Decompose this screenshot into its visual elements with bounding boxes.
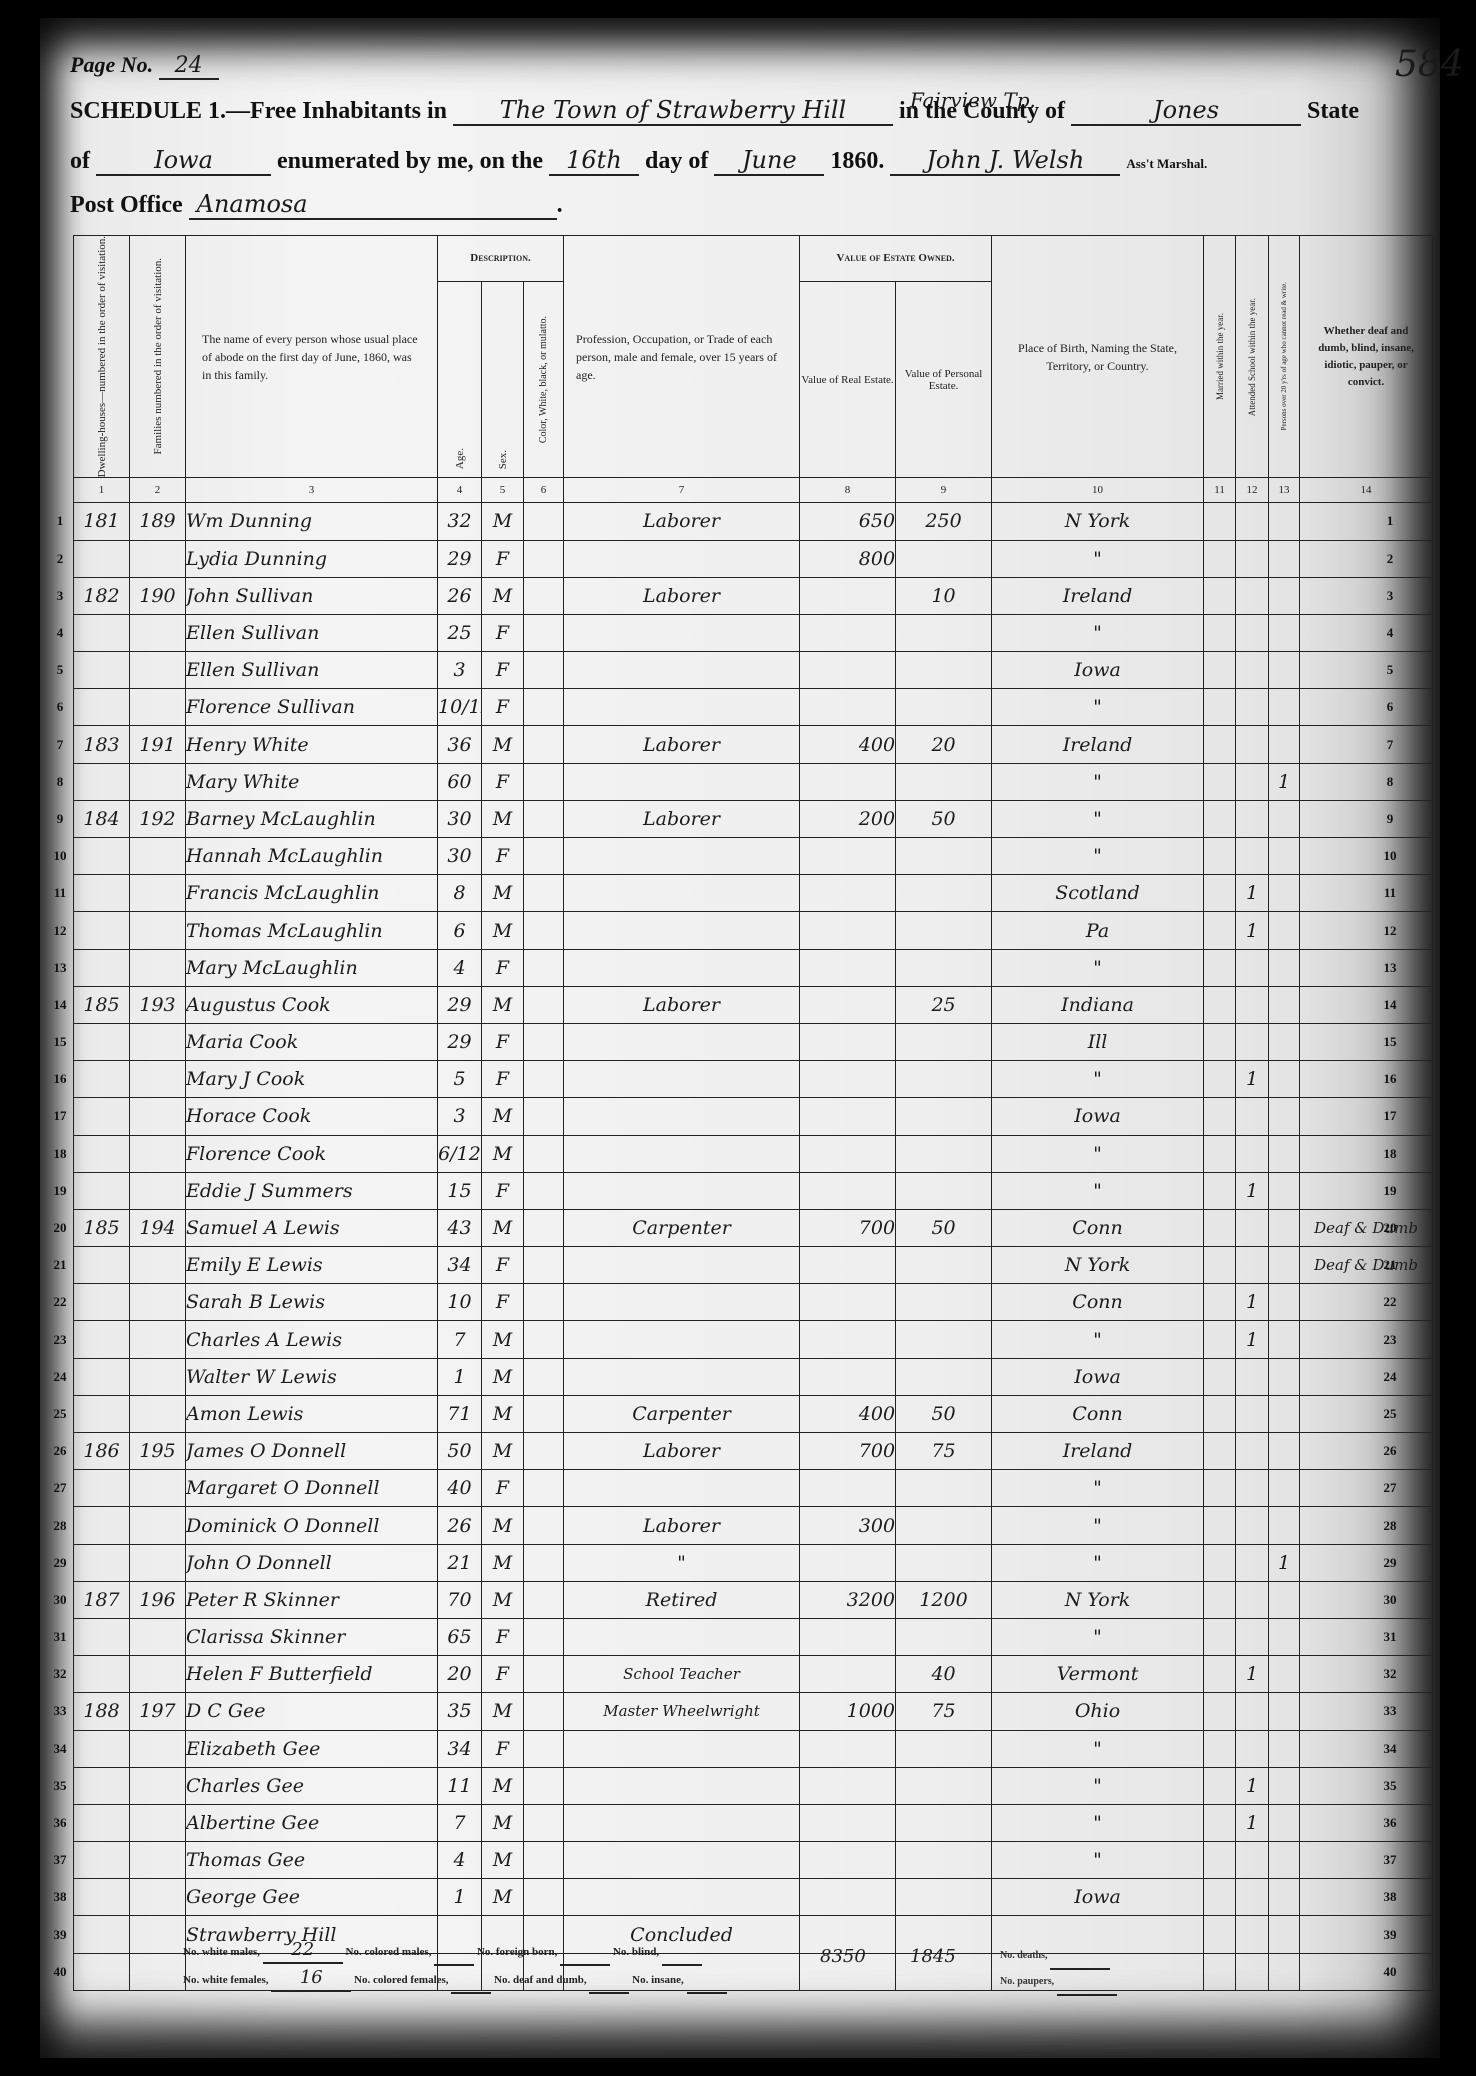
person-name: Helen F Butterfield — [186, 1656, 438, 1693]
married-mark — [1204, 1209, 1236, 1246]
birthplace: Vermont — [992, 1656, 1204, 1693]
left-line-number: 8 — [48, 774, 72, 790]
left-line-number: 16 — [48, 1071, 72, 1087]
sex: M — [482, 1804, 524, 1841]
birthplace: Pa — [992, 912, 1204, 949]
occupation — [564, 1321, 800, 1358]
person-name: Ellen Sullivan — [186, 652, 438, 689]
table-row: Emily E Lewis34FN YorkDeaf & Dumb — [74, 1247, 1433, 1284]
color — [524, 838, 564, 875]
condition — [1300, 1284, 1433, 1321]
married-mark — [1204, 1804, 1236, 1841]
occupation — [564, 1135, 800, 1172]
illiterate-mark — [1269, 652, 1300, 689]
dwelling-number — [74, 1507, 130, 1544]
real-estate-value — [800, 1767, 896, 1804]
condition — [1300, 1433, 1433, 1470]
personal-estate-value — [896, 1098, 992, 1135]
illiterate-mark — [1269, 912, 1300, 949]
condition — [1300, 689, 1433, 726]
dwelling-number: 185 — [74, 1209, 130, 1246]
illiterate-mark — [1269, 1693, 1300, 1730]
condition — [1300, 763, 1433, 800]
age: 50 — [438, 1433, 482, 1470]
school-mark — [1236, 1693, 1269, 1730]
occupation — [564, 1247, 800, 1284]
family-number — [130, 1172, 186, 1209]
real-estate-value — [800, 1470, 896, 1507]
color — [524, 1321, 564, 1358]
family-number — [130, 1953, 186, 1990]
age: 70 — [438, 1581, 482, 1618]
birthplace: Iowa — [992, 652, 1204, 689]
birthplace: " — [992, 1061, 1204, 1098]
personal-estate-value — [896, 1618, 992, 1655]
sex: M — [482, 1507, 524, 1544]
married-mark — [1204, 1284, 1236, 1321]
school-mark — [1236, 838, 1269, 875]
birthplace: Ohio — [992, 1693, 1204, 1730]
real-estate-value — [800, 1284, 896, 1321]
dwelling-number — [74, 1470, 130, 1507]
dwelling-number — [74, 1247, 130, 1284]
sex: M — [482, 1358, 524, 1395]
sex: M — [482, 1098, 524, 1135]
page-number: Page No. 24 — [70, 52, 219, 80]
age: 29 — [438, 986, 482, 1023]
table-row: Hannah McLaughlin30F" — [74, 838, 1433, 875]
dwelling-number — [74, 614, 130, 651]
table-row: Dominick O Donnell26MLaborer300" — [74, 1507, 1433, 1544]
real-estate-value — [800, 912, 896, 949]
birthplace: Conn — [992, 1395, 1204, 1432]
illiterate-mark — [1269, 689, 1300, 726]
school-mark — [1236, 1247, 1269, 1284]
school-mark — [1236, 1023, 1269, 1060]
personal-estate-value: 10 — [896, 577, 992, 614]
table-row: Lydia Dunning29F800" — [74, 540, 1433, 577]
color — [524, 1693, 564, 1730]
table-row: Florence Sullivan10/12F" — [74, 689, 1433, 726]
col-real-estate-header: Value of Real Estate. — [800, 281, 896, 477]
table-row: 186195James O Donnell50MLaborer70075Irel… — [74, 1433, 1433, 1470]
personal-estate-value — [896, 1804, 992, 1841]
color — [524, 1247, 564, 1284]
person-name: Clarissa Skinner — [186, 1618, 438, 1655]
sex: F — [482, 1023, 524, 1060]
birthplace: Ireland — [992, 726, 1204, 763]
sex: F — [482, 763, 524, 800]
table-row: Francis McLaughlin8MScotland1 — [74, 875, 1433, 912]
school-mark — [1236, 1135, 1269, 1172]
summary-right-block: No. deaths, No. paupers, — [1000, 1944, 1117, 1996]
school-mark — [1236, 1544, 1269, 1581]
table-row: Thomas McLaughlin6MPa1 — [74, 912, 1433, 949]
age: 7 — [438, 1804, 482, 1841]
right-line-number: 23 — [1370, 1332, 1410, 1348]
birthplace: Iowa — [992, 1358, 1204, 1395]
color — [524, 1172, 564, 1209]
right-line-number: 10 — [1370, 848, 1410, 864]
dwelling-number — [74, 1953, 130, 1990]
age: 6/12 — [438, 1135, 482, 1172]
year-value: 1860. — [830, 148, 884, 174]
condition — [1300, 912, 1433, 949]
condition — [1300, 1767, 1433, 1804]
person-name: Florence Cook — [186, 1135, 438, 1172]
personal-estate-value — [896, 1023, 992, 1060]
condition — [1300, 614, 1433, 651]
left-line-number: 29 — [48, 1555, 72, 1571]
occupation — [564, 540, 800, 577]
color — [524, 1879, 564, 1916]
right-line-number: 17 — [1370, 1108, 1410, 1124]
birthplace: Iowa — [992, 1098, 1204, 1135]
occupation — [564, 1767, 800, 1804]
school-mark: 1 — [1236, 1284, 1269, 1321]
color — [524, 577, 564, 614]
school-mark: 1 — [1236, 1061, 1269, 1098]
illiterate-mark — [1269, 1767, 1300, 1804]
school-mark — [1236, 577, 1269, 614]
person-name: Albertine Gee — [186, 1804, 438, 1841]
personal-estate-value — [896, 912, 992, 949]
birthplace: " — [992, 1135, 1204, 1172]
estate-header: Value of Estate Owned. — [800, 236, 992, 282]
left-line-number: 36 — [48, 1815, 72, 1831]
real-estate-value — [800, 1730, 896, 1767]
married-mark — [1204, 1395, 1236, 1432]
real-estate-value — [800, 1656, 896, 1693]
dwelling-number — [74, 652, 130, 689]
sex: M — [482, 1209, 524, 1246]
real-estate-value: 1000 — [800, 1693, 896, 1730]
sex: F — [482, 1172, 524, 1209]
sex: F — [482, 652, 524, 689]
condition — [1300, 1395, 1433, 1432]
col-age-header: Age. — [438, 281, 482, 477]
married-mark — [1204, 1247, 1236, 1284]
married-mark — [1204, 1730, 1236, 1767]
right-line-number: 4 — [1370, 625, 1410, 641]
person-name: John O Donnell — [186, 1544, 438, 1581]
person-name: Hannah McLaughlin — [186, 838, 438, 875]
birthplace: " — [992, 1172, 1204, 1209]
illiterate-mark — [1269, 1507, 1300, 1544]
person-name: Thomas McLaughlin — [186, 912, 438, 949]
sex: M — [482, 912, 524, 949]
age: 60 — [438, 763, 482, 800]
right-line-number: 30 — [1370, 1592, 1410, 1608]
right-line-number: 8 — [1370, 774, 1410, 790]
col-personal-estate-header: Value of Personal Estate. — [896, 281, 992, 477]
age: 32 — [438, 503, 482, 540]
person-name: Emily E Lewis — [186, 1247, 438, 1284]
right-line-number: 5 — [1370, 662, 1410, 678]
left-line-number: 30 — [48, 1592, 72, 1608]
family-number — [130, 652, 186, 689]
birthplace: " — [992, 838, 1204, 875]
school-mark — [1236, 1209, 1269, 1246]
state-label: State — [1307, 98, 1359, 124]
personal-estate-value — [896, 1507, 992, 1544]
age: 10/12 — [438, 689, 482, 726]
family-number: 193 — [130, 986, 186, 1023]
condition — [1300, 1507, 1433, 1544]
table-row: Charles A Lewis7M"1 — [74, 1321, 1433, 1358]
birthplace: Conn — [992, 1284, 1204, 1321]
left-line-number: 18 — [48, 1146, 72, 1162]
personal-estate-value — [896, 1358, 992, 1395]
color — [524, 1842, 564, 1879]
occupation — [564, 614, 800, 651]
school-mark: 1 — [1236, 1656, 1269, 1693]
real-estate-value — [800, 1098, 896, 1135]
left-line-number: 12 — [48, 923, 72, 939]
left-line-number: 1 — [48, 513, 72, 529]
right-line-number: 15 — [1370, 1034, 1410, 1050]
dwelling-number — [74, 838, 130, 875]
left-line-number: 25 — [48, 1406, 72, 1422]
school-mark — [1236, 1507, 1269, 1544]
person-name: Margaret O Donnell — [186, 1470, 438, 1507]
illiterate-mark — [1269, 540, 1300, 577]
color — [524, 1098, 564, 1135]
table-row: Mary White60F"1 — [74, 763, 1433, 800]
married-mark — [1204, 800, 1236, 837]
person-name: Florence Sullivan — [186, 689, 438, 726]
right-line-number: 39 — [1370, 1927, 1410, 1943]
color — [524, 1433, 564, 1470]
family-number — [130, 689, 186, 726]
right-line-number: 12 — [1370, 923, 1410, 939]
dwelling-number — [74, 1135, 130, 1172]
personal-estate-value — [896, 1767, 992, 1804]
age: 29 — [438, 1023, 482, 1060]
age: 30 — [438, 838, 482, 875]
person-name: Samuel A Lewis — [186, 1209, 438, 1246]
person-name: Peter R Skinner — [186, 1581, 438, 1618]
married-mark — [1204, 1693, 1236, 1730]
family-number — [130, 763, 186, 800]
family-number — [130, 1507, 186, 1544]
married-mark — [1204, 1953, 1236, 1990]
married-mark — [1204, 1656, 1236, 1693]
occupation — [564, 1470, 800, 1507]
table-row: Elizabeth Gee34F" — [74, 1730, 1433, 1767]
age: 3 — [438, 1098, 482, 1135]
real-estate-value — [800, 949, 896, 986]
col-dwelling-header: Dwelling-houses—numbered in the order of… — [74, 236, 130, 478]
dwelling-number — [74, 1842, 130, 1879]
left-line-number: 32 — [48, 1666, 72, 1682]
table-row: Mary J Cook5F"1 — [74, 1061, 1433, 1098]
left-line-number: 14 — [48, 997, 72, 1013]
school-mark — [1236, 763, 1269, 800]
dwelling-number: 184 — [74, 800, 130, 837]
illiterate-mark — [1269, 1061, 1300, 1098]
school-mark — [1236, 689, 1269, 726]
sex: M — [482, 1879, 524, 1916]
birthplace: " — [992, 614, 1204, 651]
family-number — [130, 1395, 186, 1432]
person-name: George Gee — [186, 1879, 438, 1916]
school-mark — [1236, 1953, 1269, 1990]
sex: F — [482, 1061, 524, 1098]
personal-estate-value — [896, 1730, 992, 1767]
table-row: Walter W Lewis1MIowa — [74, 1358, 1433, 1395]
condition — [1300, 800, 1433, 837]
color — [524, 986, 564, 1023]
married-mark — [1204, 763, 1236, 800]
color — [524, 1023, 564, 1060]
dwelling-number: 183 — [74, 726, 130, 763]
personal-estate-value: 25 — [896, 986, 992, 1023]
school-mark — [1236, 1358, 1269, 1395]
age: 26 — [438, 1507, 482, 1544]
married-mark — [1204, 875, 1236, 912]
married-mark — [1204, 1172, 1236, 1209]
right-line-number: 40 — [1370, 1964, 1410, 1980]
illiterate-mark — [1269, 503, 1300, 540]
sex: M — [482, 1767, 524, 1804]
left-line-number: 6 — [48, 699, 72, 715]
occupation — [564, 1061, 800, 1098]
table-row: John O Donnell21M""1 — [74, 1544, 1433, 1581]
occupation: Laborer — [564, 1507, 800, 1544]
right-line-number: 36 — [1370, 1815, 1410, 1831]
sex: F — [482, 838, 524, 875]
dwelling-number — [74, 1023, 130, 1060]
family-number — [130, 1023, 186, 1060]
left-line-number: 39 — [48, 1927, 72, 1943]
school-mark — [1236, 1433, 1269, 1470]
real-estate-value — [800, 763, 896, 800]
color — [524, 1581, 564, 1618]
condition — [1300, 1172, 1433, 1209]
right-line-number: 7 — [1370, 737, 1410, 753]
occupation — [564, 1618, 800, 1655]
personal-estate-value: 50 — [896, 1209, 992, 1246]
color — [524, 1358, 564, 1395]
real-estate-value: 650 — [800, 503, 896, 540]
real-estate-value — [800, 1247, 896, 1284]
person-name: Thomas Gee — [186, 1842, 438, 1879]
table-row: Maria Cook29FIll — [74, 1023, 1433, 1060]
real-estate-value — [800, 838, 896, 875]
color — [524, 1284, 564, 1321]
dwelling-number — [74, 1395, 130, 1432]
color — [524, 1730, 564, 1767]
month-value: June — [714, 146, 824, 176]
personal-estate-value — [896, 875, 992, 912]
color — [524, 1395, 564, 1432]
age: 4 — [438, 1842, 482, 1879]
condition — [1300, 1544, 1433, 1581]
personal-estate-value — [896, 1135, 992, 1172]
age: 34 — [438, 1730, 482, 1767]
occupation — [564, 1879, 800, 1916]
married-mark — [1204, 577, 1236, 614]
family-number — [130, 1247, 186, 1284]
col-birthplace-header: Place of Birth, Naming the State, Territ… — [992, 236, 1204, 478]
real-estate-value — [800, 652, 896, 689]
real-estate-value — [800, 986, 896, 1023]
left-line-number: 4 — [48, 625, 72, 641]
occupation — [564, 652, 800, 689]
family-number: 192 — [130, 800, 186, 837]
person-name: Walter W Lewis — [186, 1358, 438, 1395]
township-value: The Town of Strawberry Hill — [453, 96, 893, 126]
schedule-label: SCHEDULE 1.—Free Inhabitants in — [70, 98, 447, 124]
of-label: of — [70, 148, 90, 174]
real-estate-value: 700 — [800, 1209, 896, 1246]
person-name: Henry White — [186, 726, 438, 763]
condition — [1300, 1618, 1433, 1655]
real-estate-value: 700 — [800, 1433, 896, 1470]
color — [524, 1804, 564, 1841]
family-number: 190 — [130, 577, 186, 614]
illiterate-mark — [1269, 1358, 1300, 1395]
personal-estate-value — [896, 540, 992, 577]
occupation — [564, 1842, 800, 1879]
occupation: Laborer — [564, 800, 800, 837]
dwelling-number — [74, 875, 130, 912]
occupation: Retired — [564, 1581, 800, 1618]
illiterate-mark — [1269, 1247, 1300, 1284]
married-mark — [1204, 1358, 1236, 1395]
married-mark — [1204, 1879, 1236, 1916]
color — [524, 1544, 564, 1581]
dwelling-number — [74, 1098, 130, 1135]
illiterate-mark — [1269, 1581, 1300, 1618]
left-line-number: 11 — [48, 885, 72, 901]
condition — [1300, 986, 1433, 1023]
illiterate-mark — [1269, 577, 1300, 614]
family-number: 197 — [130, 1693, 186, 1730]
table-row: Charles Gee11M"1 — [74, 1767, 1433, 1804]
family-number — [130, 1879, 186, 1916]
family-number — [130, 875, 186, 912]
condition — [1300, 1730, 1433, 1767]
married-mark — [1204, 1433, 1236, 1470]
schedule-line: SCHEDULE 1.—Free Inhabitants in The Town… — [70, 96, 1359, 126]
age: 43 — [438, 1209, 482, 1246]
condition — [1300, 1098, 1433, 1135]
summary-block: No. white males, 22 No. colored males, N… — [183, 1938, 727, 1994]
real-estate-value — [800, 689, 896, 726]
birthplace: N York — [992, 1247, 1204, 1284]
left-line-number: 22 — [48, 1294, 72, 1310]
table-row: Helen F Butterfield20FSchool Teacher40Ve… — [74, 1656, 1433, 1693]
right-line-number: 19 — [1370, 1183, 1410, 1199]
illiterate-mark — [1269, 986, 1300, 1023]
dwelling-number — [74, 689, 130, 726]
person-name: Ellen Sullivan — [186, 614, 438, 651]
family-number — [130, 1618, 186, 1655]
family-number — [130, 912, 186, 949]
person-name: Mary McLaughlin — [186, 949, 438, 986]
white-males-count: 22 — [263, 1938, 343, 1964]
total-real-estate: 8350 — [820, 1946, 866, 1967]
county-value: Jones — [1071, 96, 1301, 126]
page-number-label: Page No. — [70, 52, 153, 77]
left-line-number: 33 — [48, 1703, 72, 1719]
left-line-number: 40 — [48, 1964, 72, 1980]
condition — [1300, 1358, 1433, 1395]
left-line-number: 7 — [48, 737, 72, 753]
right-line-number: 31 — [1370, 1629, 1410, 1645]
